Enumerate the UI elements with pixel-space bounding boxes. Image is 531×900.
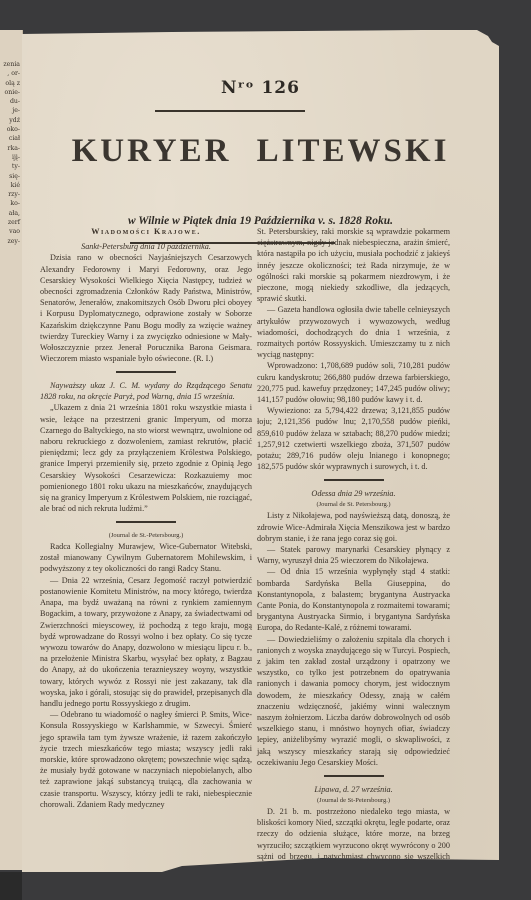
article-dateline: Odessa dnia 29 września. [257,488,450,499]
article-separator [324,479,384,481]
article-separator [116,371,176,373]
column-right: St. Petersburskiey, raki morskie są wpra… [257,226,450,884]
article-paragraph: St. Petersburskiey, raki morskie są wpra… [257,226,450,304]
article-paragraph: — Statek parowy marynarki Cesarskiey pły… [257,544,450,566]
article-paragraph: — Dnia 22 września, Cesarz Jegomość racz… [40,575,252,709]
issue-number: Nʳᵒ 126 [22,78,499,98]
article-dateline: Sankt-Petersburg dnia 10 października. [40,241,252,252]
adjacent-page-text: zenia , or- olą z onie- du- je- ydź oko-… [0,60,22,246]
source-citation: (Journal de St-Petersbourg.) [257,795,450,806]
article-dateline: Lipawa, d. 27 września. [257,784,450,795]
article-paragraph: „Ukazem z dnia 21 września 1801 roku wsz… [40,402,252,514]
article-paragraph: — Od dnia 15 września wypłynęły stąd 4 s… [257,566,450,633]
newspaper-page: Nʳᵒ 126 KURYER LITEWSKI w Wilnie w Piąte… [22,30,499,872]
section-heading: Wiadomości Krajowe. [40,226,252,237]
source-citation: (Journal de St.-Petersbourg.) [40,530,252,541]
adjacent-page-edge: zenia , or- olą z onie- du- je- ydź oko-… [0,30,23,870]
article-paragraph: D. 21 b. m. postrzeżono niedaleko tego m… [257,806,450,884]
newspaper-title: KURYER LITEWSKI [22,133,499,170]
article-separator [116,521,176,523]
article-paragraph: Radca Kollegialny Murawjew, Wice-Guberna… [40,541,252,575]
article-separator [324,775,384,777]
ukaz-heading: Nayważszy ukaz J. C. M. wydany do Rządzą… [40,380,252,402]
article-paragraph: Wywieziono: za 5,794,422 drzewa; 3,121,8… [257,405,450,472]
column-left: Wiadomości Krajowe. Sankt-Petersburg dni… [40,226,252,810]
article-paragraph: — Dowiedzieliśmy o założeniu szpitala dl… [257,634,450,768]
article-paragraph: — Odebrano tu wiadomość o nagłey śmierci… [40,709,252,810]
article-paragraph: Listy z Nikołajewa, pod nayświeższą datą… [257,510,450,544]
article-paragraph: — Gazeta handlowa ogłosiła dwie tabelle … [257,304,450,360]
scan-background [0,872,22,900]
article-paragraph: Wprowadzono: 1,708,689 pudów soli, 710,2… [257,360,450,405]
source-citation: (Journal de St. Petersbourg.) [257,499,450,510]
article-paragraph: Dzisia rano w obecności Nayjaśniejszych … [40,252,252,364]
masthead-rule-top [155,110,305,112]
